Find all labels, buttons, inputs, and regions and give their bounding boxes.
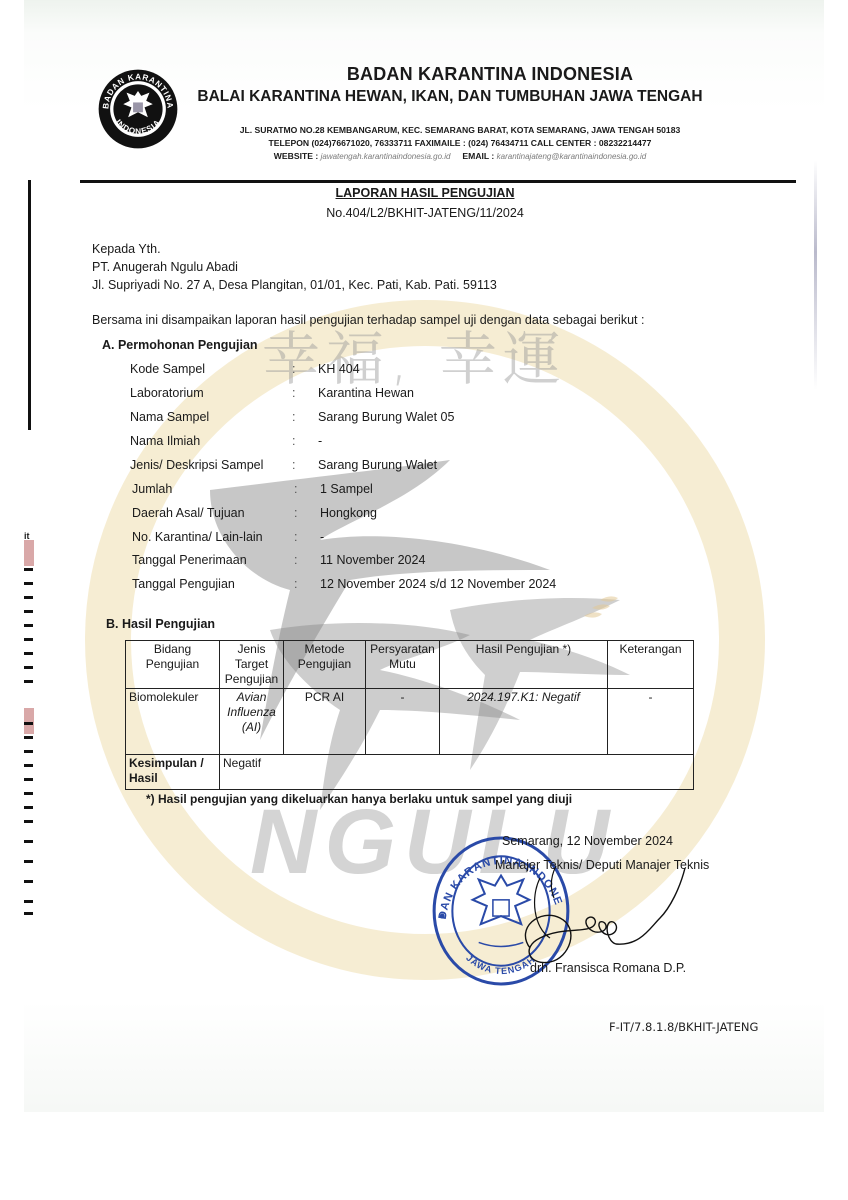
field-label: Jenis/ Deskripsi Sampel	[130, 458, 263, 472]
table-header-row: Bidang Pengujian Jenis Target Pengujian …	[126, 641, 694, 689]
field-separator: :	[294, 506, 297, 520]
form-code: F-IT/7.8.1.8/BKHIT-JATENG	[609, 1020, 758, 1034]
adjacent-page-ticks	[24, 540, 34, 920]
tick-mark	[24, 568, 33, 571]
field-value: -	[318, 434, 322, 448]
conclusion-row: Kesimpulan / Hasil Negatif	[126, 755, 694, 790]
header-cell: Bidang Pengujian	[126, 641, 220, 689]
tick-mark	[24, 638, 33, 641]
field-value: Sarang Burung Walet 05	[318, 410, 454, 424]
org-name: BADAN KARANTINA INDONESIA	[190, 64, 790, 85]
tick-mark	[24, 912, 33, 915]
tick-mark	[24, 624, 33, 627]
field-separator: :	[292, 458, 295, 472]
header-cell: Metode Pengujian	[284, 641, 366, 689]
header-cell: Hasil Pengujian *)	[440, 641, 608, 689]
field-separator: :	[294, 553, 297, 567]
sample-field-row: Kode Sampel:KH 404	[130, 362, 630, 382]
tick-mark	[24, 750, 33, 753]
tick-mark	[24, 540, 34, 566]
field-value: KH 404	[318, 362, 360, 376]
sample-field-row: Jenis/ Deskripsi Sampel:Sarang Burung Wa…	[130, 458, 630, 478]
org-address: JL. SURATMO NO.28 KEMBANGARUM, KEC. SEMA…	[180, 125, 740, 135]
field-separator: :	[294, 482, 297, 496]
email-link[interactable]: karantinajateng@karantinaindonesia.go.id	[497, 152, 647, 161]
field-separator: :	[292, 386, 295, 400]
tick-mark	[24, 900, 33, 903]
header-cell: Persyaratan Mutu	[366, 641, 440, 689]
signatory-name: drh. Fransisca Romana D.P.	[530, 961, 686, 975]
sample-field-row: No. Karantina/ Lain-lain:-	[132, 530, 632, 550]
signature-place-date: Semarang, 12 November 2024	[502, 834, 673, 848]
tick-mark	[24, 820, 33, 823]
tick-mark	[24, 778, 33, 781]
recipient-company: PT. Anugerah Ngulu Abadi	[92, 260, 238, 274]
field-value: 11 November 2024	[320, 553, 425, 567]
tick-mark	[24, 708, 34, 734]
letterhead-divider	[80, 180, 796, 183]
adjacent-page-edge	[0, 180, 31, 430]
org-web-email: WEBSITE : jawatengah.karantinaindonesia.…	[180, 151, 740, 161]
table-row: Biomolekuler Avian Influenza (AI) PCR AI…	[126, 689, 694, 755]
field-value: 12 November 2024 s/d 12 November 2024	[320, 577, 556, 591]
cell-requirement: -	[366, 689, 440, 755]
tick-mark	[24, 722, 33, 725]
tick-mark	[24, 582, 33, 585]
sample-field-row: Laboratorium:Karantina Hewan	[130, 386, 630, 406]
tick-mark	[24, 840, 33, 843]
badan-karantina-logo-icon: BADAN KARANTINA INDONESIA	[97, 68, 179, 150]
org-contacts: TELEPON (024)76671020, 76333711 FAXIMAIL…	[180, 138, 740, 148]
tick-mark	[24, 666, 33, 669]
intro-text: Bersama ini disampaikan laporan hasil pe…	[92, 313, 644, 327]
field-value: Hongkong	[320, 506, 377, 520]
cell-remarks: -	[608, 689, 694, 755]
sample-field-row: Jumlah:1 Sampel	[132, 482, 632, 502]
tick-mark	[24, 764, 33, 767]
cell-method: PCR AI	[284, 689, 366, 755]
field-separator: :	[294, 530, 297, 544]
result-footnote: *) Hasil pengujian yang dikeluarkan hany…	[146, 792, 572, 806]
field-value: Sarang Burung Walet	[318, 458, 437, 472]
field-separator: :	[292, 410, 295, 424]
website-link[interactable]: jawatengah.karantinaindonesia.go.id	[321, 152, 451, 161]
tick-mark	[24, 610, 33, 613]
sample-field-row: Nama Sampel:Sarang Burung Walet 05	[130, 410, 630, 430]
sample-field-row: Tanggal Penerimaan:11 November 2024	[132, 553, 632, 573]
field-label: Kode Sampel	[130, 362, 205, 376]
sample-field-row: Nama Ilmiah:-	[130, 434, 630, 454]
header-cell: Jenis Target Pengujian	[220, 641, 284, 689]
field-label: Nama Ilmiah	[130, 434, 200, 448]
field-label: Tanggal Penerimaan	[132, 553, 247, 567]
cell-target: Avian Influenza (AI)	[220, 689, 284, 755]
conclusion-value: Negatif	[220, 755, 694, 790]
field-value: -	[320, 530, 324, 544]
field-label: Laboratorium	[130, 386, 204, 400]
page-fold-shadow	[814, 160, 817, 390]
handwritten-signature-icon	[520, 858, 690, 978]
field-label: Jumlah	[132, 482, 172, 496]
field-separator: :	[292, 434, 295, 448]
cell-result: 2024.197.K1: Negatif	[440, 689, 608, 755]
conclusion-label: Kesimpulan / Hasil	[126, 755, 220, 790]
tick-mark	[24, 736, 33, 739]
field-separator: :	[292, 362, 295, 376]
field-separator: :	[294, 577, 297, 591]
tick-mark	[24, 860, 33, 863]
sample-field-row: Daerah Asal/ Tujuan:Hongkong	[132, 506, 632, 526]
field-label: Daerah Asal/ Tujuan	[132, 506, 245, 520]
field-label: No. Karantina/ Lain-lain	[132, 530, 263, 544]
tick-mark	[24, 652, 33, 655]
website-label: WEBSITE :	[274, 151, 318, 161]
header-cell: Keterangan	[608, 641, 694, 689]
tick-mark	[24, 596, 33, 599]
tick-mark	[24, 680, 33, 683]
tick-mark	[24, 880, 33, 883]
report-number: No.404/L2/BKHIT-JATENG/11/2024	[200, 206, 650, 220]
report-title: LAPORAN HASIL PENGUJIAN	[200, 186, 650, 200]
tick-mark	[24, 792, 33, 795]
field-value: Karantina Hewan	[318, 386, 414, 400]
section-a-title: A. Permohonan Pengujian	[102, 338, 258, 352]
sample-field-row: Tanggal Pengujian:12 November 2024 s/d 1…	[132, 577, 632, 597]
field-value: 1 Sampel	[320, 482, 373, 496]
recipient-salutation: Kepada Yth.	[92, 242, 161, 256]
test-results-table: Bidang Pengujian Jenis Target Pengujian …	[125, 640, 694, 790]
email-label: EMAIL :	[462, 151, 494, 161]
section-b-title: B. Hasil Pengujian	[106, 617, 215, 631]
tick-mark	[24, 806, 33, 809]
unit-name: BALAI KARANTINA HEWAN, IKAN, DAN TUMBUHA…	[180, 88, 720, 106]
recipient-address: Jl. Supriyadi No. 27 A, Desa Plangitan, …	[92, 278, 497, 292]
cell-field: Biomolekuler	[126, 689, 220, 755]
field-label: Nama Sampel	[130, 410, 209, 424]
field-label: Tanggal Pengujian	[132, 577, 235, 591]
